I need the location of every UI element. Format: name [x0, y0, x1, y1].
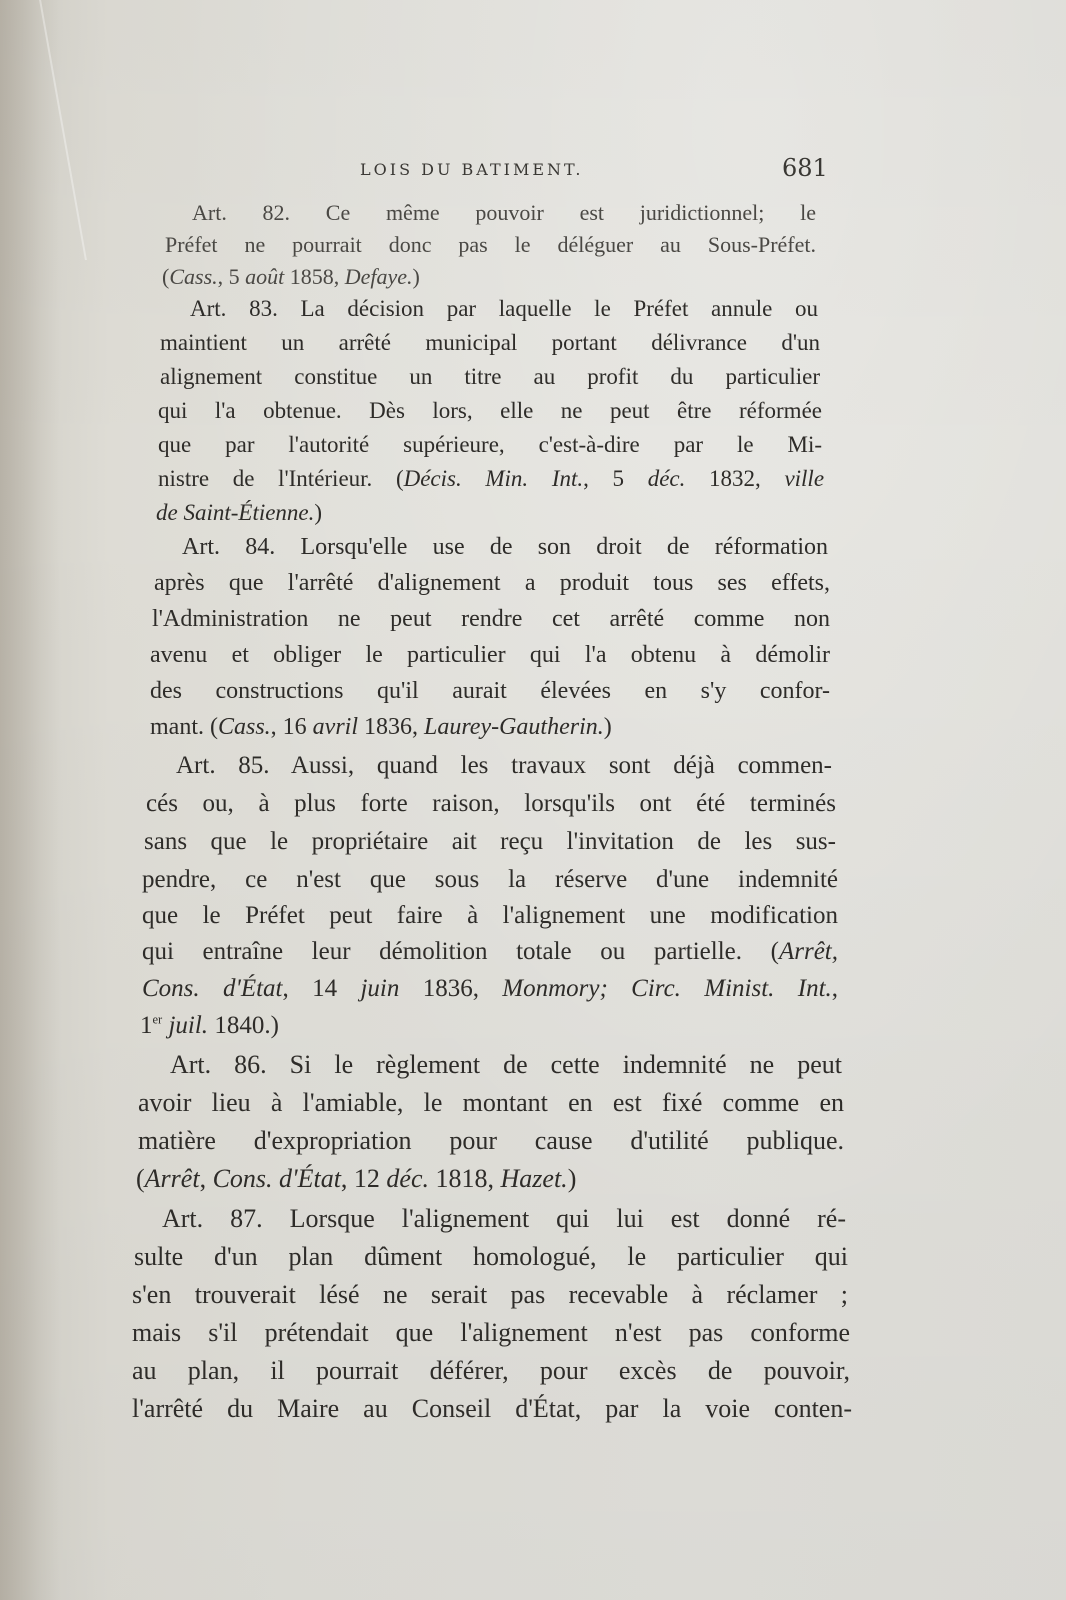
text-line: Art. 87. Lorsque l'alignement qui lui es…: [162, 1204, 846, 1234]
text-line: avoir lieu à l'amiable, le montant en es…: [138, 1088, 844, 1118]
text-line: de Saint-Étienne.): [156, 500, 322, 526]
text-line: avenu et obliger le particulier qui l'a …: [150, 642, 830, 669]
page-gutter-edge: [0, 0, 60, 1600]
running-head: LOIS DU BATIMENT.: [360, 160, 583, 179]
text-line: Art. 86. Si le règlement de cette indemn…: [170, 1050, 842, 1080]
text-line: que le Préfet peut faire à l'alignement …: [142, 902, 838, 930]
page-number: 681: [782, 154, 828, 182]
text-line: Art. 84. Lorsqu'elle use de son droit de…: [182, 534, 828, 561]
text-line: l'arrêté du Maire au Conseil d'État, par…: [132, 1394, 852, 1424]
text-line: matière d'expropriation pour cause d'uti…: [138, 1126, 844, 1156]
text-line: maintient un arrêté municipal portant dé…: [160, 330, 820, 356]
text-line: Art. 85. Aussi, quand les travaux sont d…: [176, 752, 832, 780]
text-line: sans que le propriétaire ait reçu l'invi…: [144, 828, 836, 856]
text-line: s'en trouverait lésé ne serait pas recev…: [132, 1280, 848, 1310]
text-line: (Cass., 5 août 1858, Defaye.): [162, 264, 420, 290]
text-line: Art. 82. Ce même pouvoir est juridiction…: [192, 200, 816, 226]
text-line: que par l'autorité supérieure, c'est-à-d…: [158, 432, 822, 458]
text-line: cés ou, à plus forte raison, lorsqu'ils …: [146, 790, 836, 818]
text-line: 1er juil. 1840.): [140, 1012, 279, 1040]
text-line: qui l'a obtenue. Dès lors, elle ne peut …: [158, 398, 822, 424]
text-line: (Arrêt, Cons. d'État, 12 déc. 1818, Haze…: [136, 1164, 576, 1194]
text-line: des constructions qu'il aurait élevées e…: [150, 678, 830, 705]
text-line: Préfet ne pourrait donc pas le déléguer …: [165, 232, 816, 258]
text-line: Cons. d'État, 14 juin 1836, Monmory; Cir…: [142, 975, 838, 1003]
text-line: pendre, ce n'est que sous la réserve d'u…: [142, 866, 838, 894]
text-line: mais s'il prétendait que l'alignement n'…: [132, 1318, 850, 1348]
text-line: mant. (Cass., 16 avril 1836, Laurey-Gaut…: [150, 714, 612, 741]
text-line: au plan, il pourrait déférer, pour excès…: [132, 1356, 850, 1386]
text-line: l'Administration ne peut rendre cet arrê…: [152, 606, 830, 633]
text-line: nistre de l'Intérieur. (Décis. Min. Int.…: [158, 466, 824, 492]
text-line: qui entraîne leur démolition totale ou p…: [142, 938, 838, 966]
text-line: après que l'arrêté d'alignement a produi…: [154, 570, 830, 597]
text-line: sulte d'un plan dûment homologué, le par…: [134, 1242, 848, 1272]
text-line: alignement constitue un titre au profit …: [160, 364, 820, 390]
text-line: Art. 83. La décision par laquelle le Pré…: [190, 296, 818, 322]
